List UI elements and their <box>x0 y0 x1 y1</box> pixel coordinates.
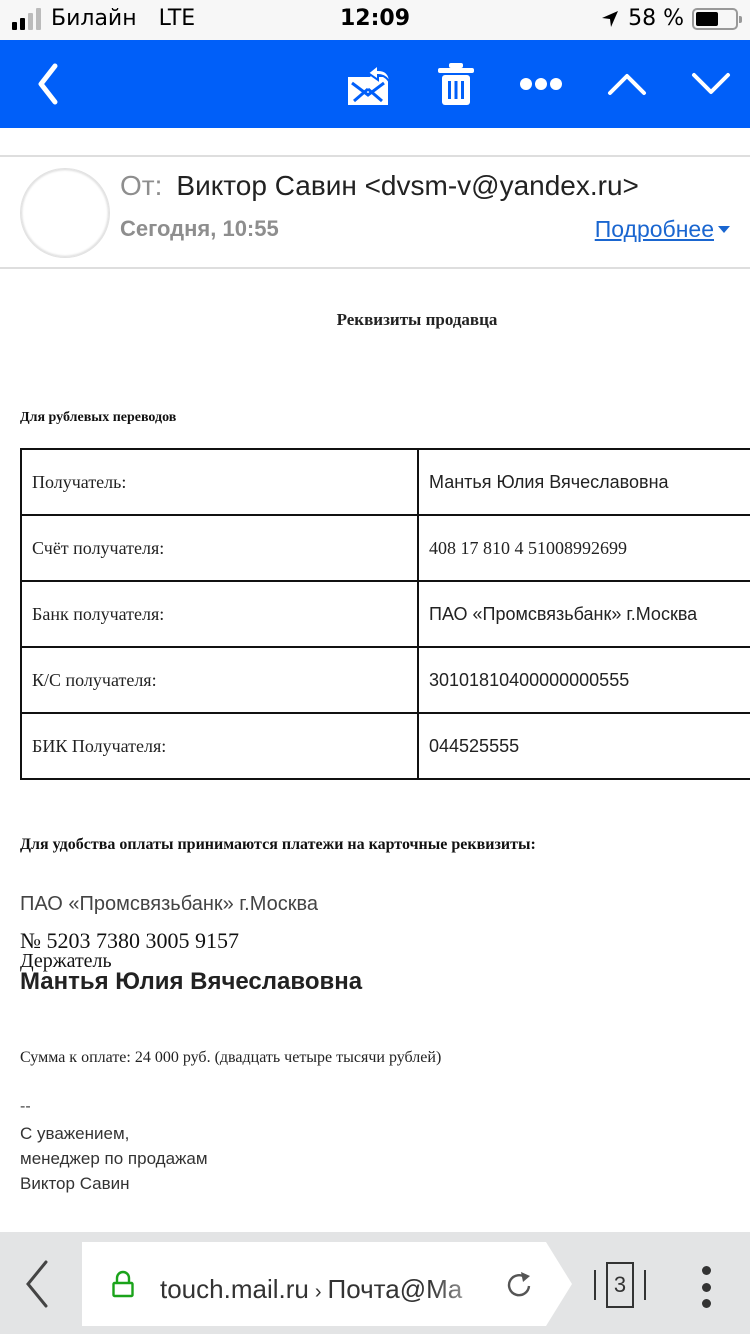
row-label: БИК Получателя: <box>21 713 418 779</box>
message-toolbar <box>0 40 750 128</box>
details-link[interactable]: Подробнее <box>595 216 730 243</box>
caret-down-icon <box>718 226 730 233</box>
menu-dot <box>702 1266 711 1275</box>
table-row: БИК Получателя:044525555 <box>21 713 750 779</box>
tabs-edge-left <box>594 1270 596 1300</box>
delete-button[interactable] <box>426 40 486 128</box>
row-label: Банк получателя: <box>21 581 418 647</box>
requisites-table: Получатель:Мантья Юлия ВячеславовнаСчёт … <box>20 448 750 780</box>
more-dots-icon <box>519 77 563 91</box>
row-label: Получатель: <box>21 449 418 515</box>
table-row: Банк получателя:ПАО «Промсвязьбанк» г.Мо… <box>21 581 750 647</box>
battery-icon <box>692 8 738 30</box>
back-chevron-icon <box>16 1254 60 1314</box>
battery-level <box>696 12 718 26</box>
address-bar[interactable]: touch.mail.ru›Почта@Ma <box>82 1242 572 1326</box>
battery-percent: 58 % <box>628 6 684 31</box>
url-domain: touch.mail.ru <box>160 1274 309 1304</box>
trash-icon <box>437 61 475 107</box>
row-value: 408 17 810 4 51008992699 <box>418 515 750 581</box>
sender[interactable]: Виктор Савин <dvsm-v@yandex.ru> <box>176 170 639 201</box>
back-button[interactable] <box>20 40 76 128</box>
browser-bar: touch.mail.ru›Почта@Ma 3 <box>0 1232 750 1334</box>
tabs-button[interactable]: 3 <box>592 1262 650 1308</box>
card-bank: ПАО «Промсвязьбанк» г.Москва <box>20 893 318 916</box>
lock-icon <box>112 1270 134 1298</box>
row-value: 044525555 <box>418 713 750 779</box>
table-row: Счёт получателя:408 17 810 4 51008992699 <box>21 515 750 581</box>
browser-menu-button[interactable] <box>692 1262 720 1312</box>
row-value: Мантья Юлия Вячеславовна <box>418 449 750 515</box>
more-button[interactable] <box>510 40 572 128</box>
from-line: От:Виктор Савин <dvsm-v@yandex.ru> <box>120 170 639 202</box>
details-label: Подробнее <box>595 216 714 243</box>
ruble-transfers-label: Для рублевых переводов <box>20 410 176 426</box>
chevron-down-icon <box>691 72 731 96</box>
menu-dot <box>702 1283 711 1292</box>
url-text: touch.mail.ru›Почта@Ma <box>160 1274 505 1305</box>
divider <box>0 155 750 157</box>
row-label: Счёт получателя: <box>21 515 418 581</box>
previous-message-button[interactable] <box>596 40 658 128</box>
row-value: ПАО «Промсвязьбанк» г.Москва <box>418 581 750 647</box>
message-date: Сегодня, 10:55 <box>120 216 279 242</box>
signature-line: Виктор Савин <box>20 1174 130 1194</box>
status-bar: Билайн LTE 12:09 58 % <box>0 0 750 40</box>
status-right: 58 % <box>600 6 738 31</box>
from-label: От: <box>120 170 162 201</box>
browser-back-button[interactable] <box>16 1254 60 1314</box>
divider <box>0 267 750 269</box>
page-title: Почта@Ma <box>328 1274 463 1304</box>
table-row: К/С получателя:30101810400000000555 <box>21 647 750 713</box>
table-row: Получатель:Мантья Юлия Вячеславовна <box>21 449 750 515</box>
tab-count: 3 <box>606 1262 634 1308</box>
chevron-up-icon <box>607 72 647 96</box>
reload-icon[interactable] <box>504 1270 534 1300</box>
document-title: Реквизиты продавца <box>0 310 750 330</box>
spam-button[interactable] <box>338 40 398 128</box>
card-holder: Мантья Юлия Вячеславовна <box>20 968 362 996</box>
signature-line: С уважением, <box>20 1124 129 1144</box>
back-chevron-icon <box>33 62 63 106</box>
next-message-button[interactable] <box>680 40 742 128</box>
signature-line: менеджер по продажам <box>20 1149 208 1169</box>
signature-separator: -- <box>20 1098 31 1116</box>
menu-dot <box>702 1299 711 1308</box>
amount-due: Сумма к оплате: 24 000 руб. (двадцать че… <box>20 1049 441 1067</box>
sender-avatar[interactable] <box>20 168 110 258</box>
row-label: К/С получателя: <box>21 647 418 713</box>
url-separator: › <box>315 1281 322 1303</box>
card-payment-note: Для удобства оплаты принимаются платежи … <box>20 836 536 854</box>
row-value: 30101810400000000555 <box>418 647 750 713</box>
location-arrow-icon <box>600 9 620 29</box>
spam-envelope-icon <box>344 61 392 107</box>
tabs-edge-right <box>644 1270 646 1300</box>
